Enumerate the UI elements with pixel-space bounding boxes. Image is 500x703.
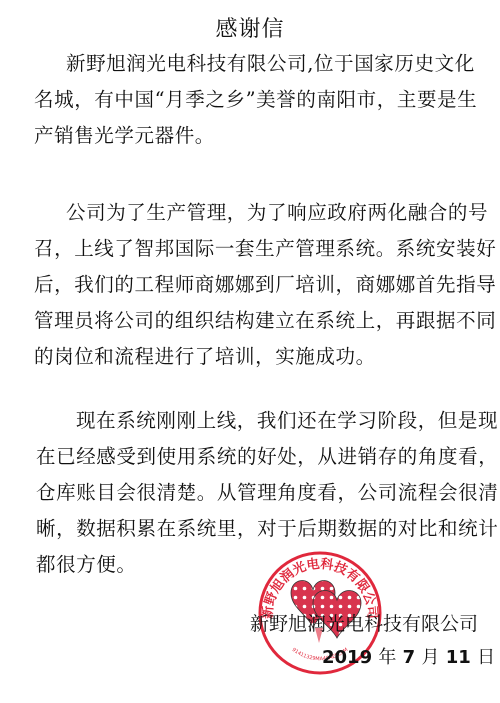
date-month-unit: 月 <box>421 647 439 668</box>
date-day-unit: 日 <box>477 647 495 668</box>
paragraph-2-line-5: 的岗位和流程进行了培训，实施成功。 <box>34 341 376 369</box>
paragraph-3-line-2: 在已经感受到使用系统的好处，从进销存的角度看， <box>36 441 498 469</box>
signature-company: 新野旭润光电科技有限公司 <box>250 609 478 636</box>
letter-title: 感谢信 <box>0 12 500 43</box>
paragraph-1-line-3: 产销售光学元器件。 <box>34 120 215 148</box>
paragraph-2-line-1: 公司为了生产管理，为了响应政府两化融合的号 <box>66 197 488 225</box>
paragraph-1-line-1: 新野旭润光电科技有限公司,位于国家历史文化 <box>66 48 475 76</box>
paragraph-2-line-3: 后，我们的工程师商娜娜到厂培训，商娜娜首先指导 <box>34 269 496 297</box>
paragraph-3-line-1: 现在系统刚刚上线，我们还在学习阶段，但是现 <box>76 405 498 433</box>
paragraph-2-line-2: 召，上线了智邦国际一套生产管理系统。系统安装好 <box>34 233 496 261</box>
date-year: 2019 <box>322 647 372 668</box>
signature-date: 2019 年 7 月 11 日 <box>322 643 495 669</box>
paragraph-1-line-2: 名城，有中国“月季之乡”美誉的南阳市，主要是生 <box>34 84 477 112</box>
date-day: 11 <box>446 647 471 668</box>
paragraph-3-line-3: 仓库账目会很清楚。从管理角度看，公司流程会很清 <box>36 477 498 505</box>
date-year-unit: 年 <box>378 647 396 668</box>
date-month: 7 <box>403 647 416 668</box>
paragraph-2-line-4: 管理员将公司的组织结构建立在系统上，再跟据不同 <box>34 305 496 333</box>
paragraph-3-line-5: 都很方便。 <box>36 549 137 577</box>
paragraph-3-line-4: 晰，数据积累在系统里，对于后期数据的对比和统计 <box>36 513 498 541</box>
